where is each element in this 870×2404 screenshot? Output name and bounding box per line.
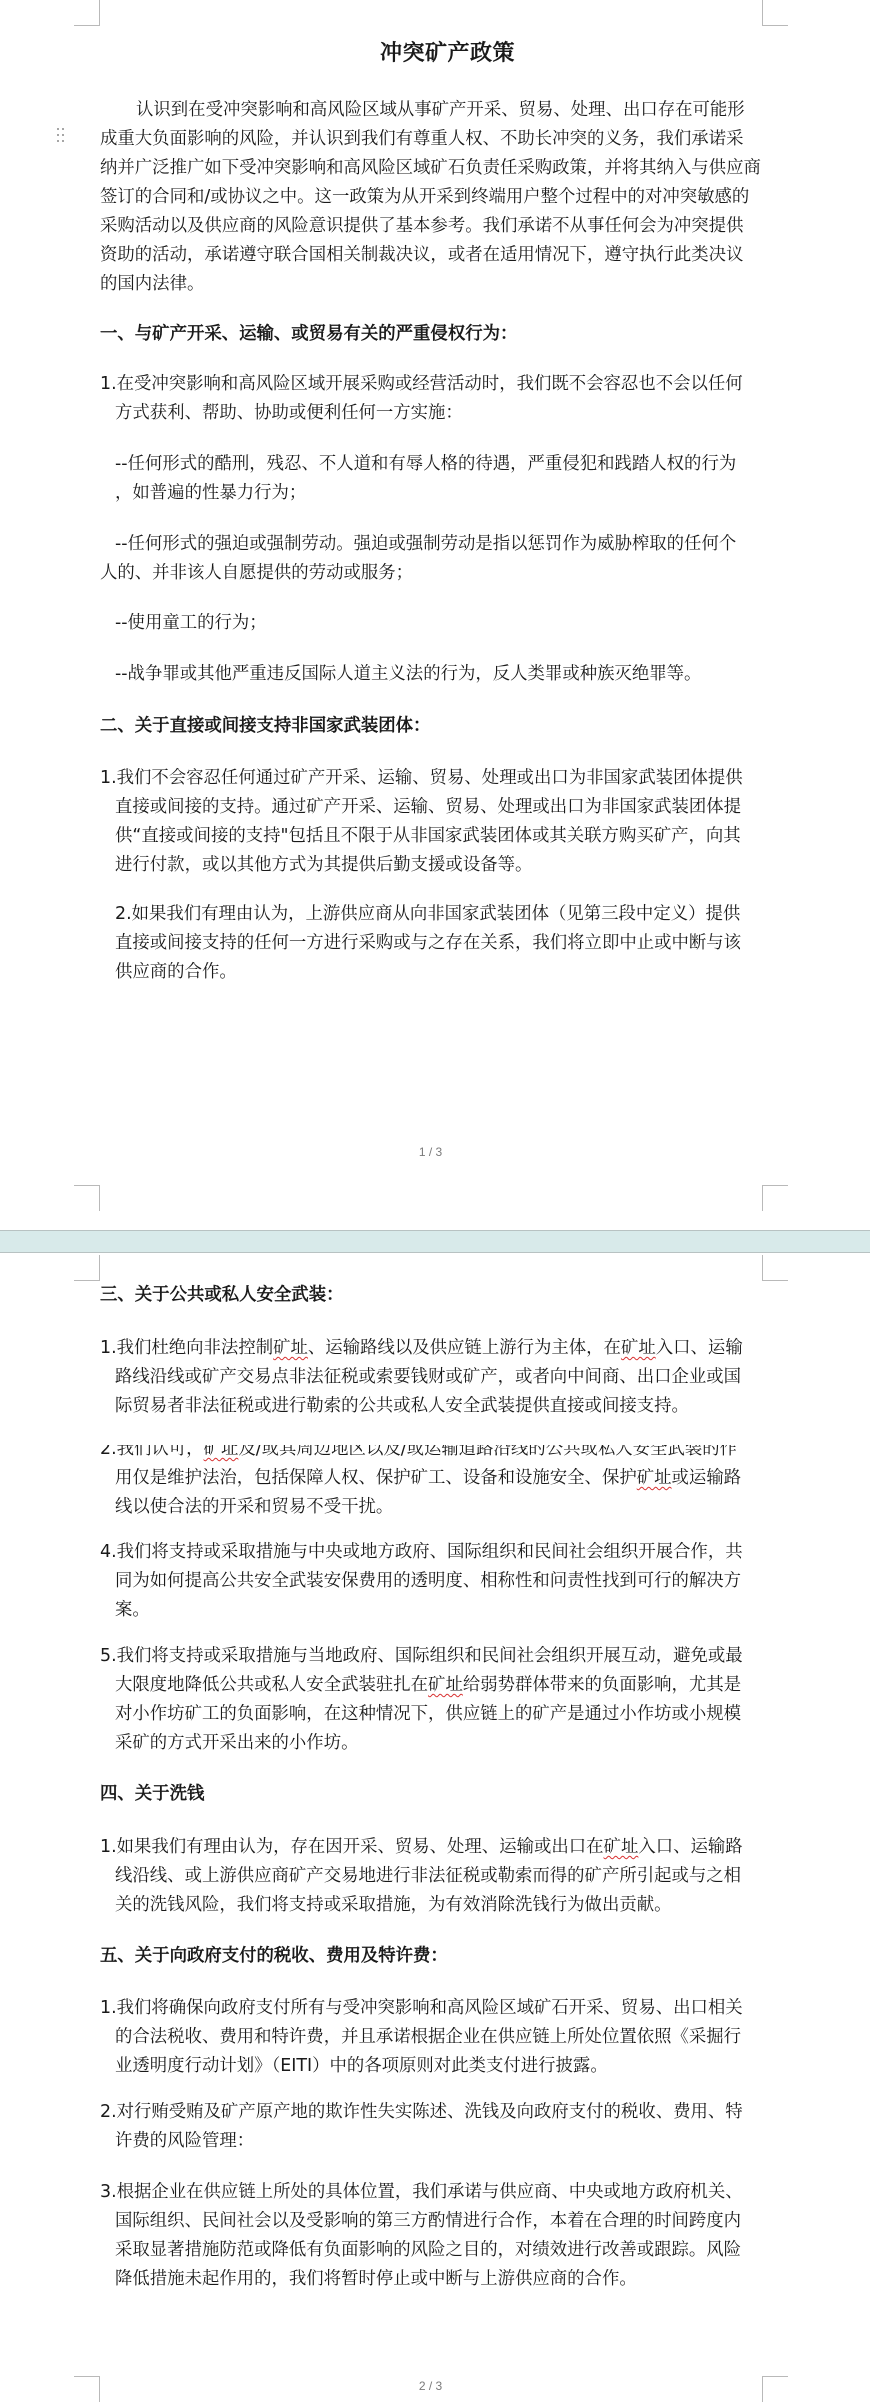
text-line: 供应商的合作。 [115, 958, 237, 987]
text-line: 1.我们不会容忍任何通过矿产开采、运输、贸易、处理或出口为非国家武装团体提供 [100, 764, 743, 793]
text-span: 及/或其周边地区以及/或运输道路沿线的公共或私人安全武装的作 [238, 1445, 737, 1459]
page-number-2: 2 / 3 [0, 2379, 861, 2393]
text-line: 同为如何提高公共安全武装安保费用的透明度、相称性和问责性找到可行的解决方 [115, 1567, 741, 1596]
spellcheck-flag[interactable]: 矿址 [273, 1338, 308, 1358]
text-line: 线沿线、或上游供应商矿产交易地进行非法征税或勒索而得的矿产所引起或与之相 [115, 1862, 741, 1891]
section1-dash-item-3: --使用童工的行为； [115, 609, 267, 638]
text-line: 1.我们杜绝向非法控制矿址、运输路线以及供应链上游行为主体，在矿址入口、运输 [100, 1334, 743, 1363]
text-line: ，如普遍的性暴力行为； [115, 479, 306, 508]
page-break-separator [0, 1230, 870, 1253]
text-line: 案。 [115, 1596, 150, 1625]
spellcheck-flag[interactable]: 矿址 [204, 1445, 239, 1459]
text-line: 关的洗钱风险，我们将支持或采取措施，为有效消除洗钱行为做出贡献。 [115, 1891, 672, 1920]
text-line: 资助的活动，承诺遵守联合国相关制裁决议，或者在适用情况下，遵守执行此类决议 [100, 241, 743, 270]
text-span: 用仅是维护法治，包括保障人权、保护矿工、设备和设施安全、保护 [115, 1468, 637, 1488]
spellcheck-flag[interactable]: 矿址 [621, 1338, 656, 1358]
text-line: 许费的风险管理： [115, 2127, 254, 2156]
text-line: 3.根据企业在供应链上所处的具体位置，我们承诺与供应商、中央或地方政府机关、 [100, 2178, 743, 2207]
text-line: 人的、并非该人自愿提供的劳动或服务； [100, 559, 413, 588]
text-span: 入口、运输路 [638, 1837, 742, 1857]
text-span: 2.我们认可， [100, 1445, 204, 1459]
text-line: --任何形式的强迫或强制劳动。强迫或强制劳动是指以惩罚作为威胁榨取的任何个 [115, 530, 736, 559]
margin-corner-bottom-left [74, 1185, 100, 1211]
spellcheck-flag[interactable]: 矿址 [604, 1837, 639, 1857]
text-line: 方式获利、帮助、协助或便利任何一方实施： [115, 399, 463, 428]
section-heading-4: 四、关于洗钱 [100, 1780, 204, 1809]
document-title: 冲突矿产政策 [0, 40, 870, 68]
margin-corner-bottom-left [74, 2376, 100, 2402]
text-line: 1.如果我们有理由认为，存在因开采、贸易、处理、运输或出口在矿址入口、运输路 [100, 1833, 743, 1862]
section-heading-2: 二、关于直接或间接支持非国家武装团体： [100, 712, 430, 741]
text-span: 1.我们杜绝向非法控制 [100, 1338, 273, 1358]
text-line: 签订的合同和/或协议之中。这一政策为从开采到终端用户整个过程中的对冲突敏感的 [100, 183, 749, 212]
text-line: 降低措施未起作用的，我们将暂时停止或中断与上游供应商的合作。 [115, 2265, 637, 2294]
text-line: 纳并广泛推广如下受冲突影响和高风险区域矿石负责任采购政策，并将其纳入与供应商 [100, 154, 761, 183]
text-line: 2.对行贿受贿及矿产原产地的欺诈性失实陈述、洗钱及向政府支付的税收、费用、特 [100, 2098, 743, 2127]
text-span: 1.如果我们有理由认为，存在因开采、贸易、处理、运输或出口在 [100, 1837, 604, 1857]
spellcheck-flag[interactable]: 矿址 [428, 1675, 463, 1695]
text-span: 、运输路线以及供应链上游行为主体，在 [308, 1338, 621, 1358]
text-span: 大限度地降低公共或私人安全武装驻扎在 [115, 1675, 428, 1695]
text-span: 入口、运输 [656, 1338, 743, 1358]
text-line: --任何形式的酷刑，残忍、不人道和有辱人格的待遇，严重侵犯和践踏人权的行为 [115, 450, 736, 479]
text-line: 1.在受冲突影响和高风险区域开展采购或经营活动时，我们既不会容忍也不会以任何 [100, 370, 743, 399]
text-line: 采矿的方式开采出来的小作坊。 [115, 1729, 358, 1758]
drag-handle-icon[interactable] [57, 128, 65, 144]
section-heading-3: 三、关于公共或私人安全武装： [100, 1281, 343, 1310]
section1-dash-item-4: --战争罪或其他严重违反国际人道主义法的行为，反人类罪或种族灭绝罪等。 [115, 660, 701, 689]
text-line-clipped: 2.我们认可，矿址及/或其周边地区以及/或运输道路沿线的公共或私人安全武装的作 [100, 1445, 737, 1462]
text-line: 成重大负面影响的风险，并认识到我们有尊重人权、不助长冲突的义务，我们承诺采 [100, 125, 743, 154]
section-heading-5: 五、关于向政府支付的税收、费用及特许费： [100, 1942, 448, 1971]
text-line: 供“直接或间接的支持"包括且不限于从非国家武装团体或其关联方购买矿产，向其 [115, 822, 741, 851]
text-line: 采取显著措施防范或降低有负面影响的风险之目的，对绩效进行改善或跟踪。风险 [115, 2236, 741, 2265]
text-line: 1.我们将确保向政府支付所有与受冲突影响和高风险区域矿石开采、贸易、出口相关 [100, 1994, 743, 2023]
text-line: 用仅是维护法治，包括保障人权、保护矿工、设备和设施安全、保护矿址或运输路 [115, 1464, 741, 1493]
text-line: 进行付款，或以其他方式为其提供后勤支援或设备等。 [115, 851, 532, 880]
text-line: 5.我们将支持或采取措施与当地政府、国际组织和民间社会组织开展互动，避免或最 [100, 1642, 743, 1671]
text-line: 4.我们将支持或采取措施与中央或地方政府、国际组织和民间社会组织开展合作，共 [100, 1538, 743, 1567]
text-line: 认识到在受冲突影响和高风险区域从事矿产开采、贸易、处理、出口存在可能形 [136, 96, 745, 125]
text-line: 的合法税收、费用和特许费，并且承诺根据企业在供应链上所处位置依照《采掘行 [115, 2023, 741, 2052]
text-line: 际贸易者非法征税或进行勒索的公共或私人安全武装提供直接或间接支持。 [115, 1392, 689, 1421]
page-1: 冲突矿产政策 认识到在受冲突影响和高风险区域从事矿产开采、贸易、处理、出口存在可… [0, 0, 870, 1230]
text-line: 2.如果我们有理由认为，上游供应商从向非国家武装团体（见第三段中定义）提供 [115, 900, 740, 929]
margin-corner-bottom-right [762, 1185, 788, 1211]
margin-corner-bottom-right [762, 2376, 788, 2402]
margin-corner-top-right [762, 0, 788, 26]
text-line: 大限度地降低公共或私人安全武装驻扎在矿址给弱势群体带来的负面影响，尤其是 [115, 1671, 741, 1700]
text-line: 业透明度行动计划》（EITI）中的各项原则对此类支付进行披露。 [115, 2052, 608, 2081]
section-heading-1: 一、与矿产开采、运输、或贸易有关的严重侵权行为： [100, 320, 517, 349]
text-line: 采购活动以及供应商的风险意识提供了基本参考。我们承诺不从事任何会为冲突提供 [100, 212, 743, 241]
text-line: 直接或间接的支持。通过矿产开采、运输、贸易、处理或出口为非国家武装团体提 [115, 793, 741, 822]
margin-corner-top-right [762, 1255, 788, 1281]
text-span: 给弱势群体带来的负面影响，尤其是 [463, 1675, 741, 1695]
text-line: 线以使合法的开采和贸易不受干扰。 [115, 1493, 393, 1522]
text-line: 的国内法律。 [100, 270, 204, 299]
text-line: 国际组织、民间社会以及受影响的第三方酌情进行合作，本着在合理的时间跨度内 [115, 2207, 741, 2236]
spellcheck-flag[interactable]: 矿址 [637, 1468, 672, 1488]
text-span: 或运输路 [672, 1468, 742, 1488]
text-line: 路线沿线或矿产交易点非法征税或索要钱财或矿产，或者向中间商、出口企业或国 [115, 1363, 741, 1392]
text-line: 直接或间接支持的任何一方进行采购或与之存在关系，我们将立即中止或中断与该 [115, 929, 741, 958]
page-number-1: 1 / 3 [0, 1145, 861, 1159]
margin-corner-top-left [74, 0, 100, 26]
text-line: 对小作坊矿工的负面影响，在这种情况下，供应链上的矿产是通过小作坊或小规模 [115, 1700, 741, 1729]
margin-corner-top-left [74, 1255, 100, 1281]
